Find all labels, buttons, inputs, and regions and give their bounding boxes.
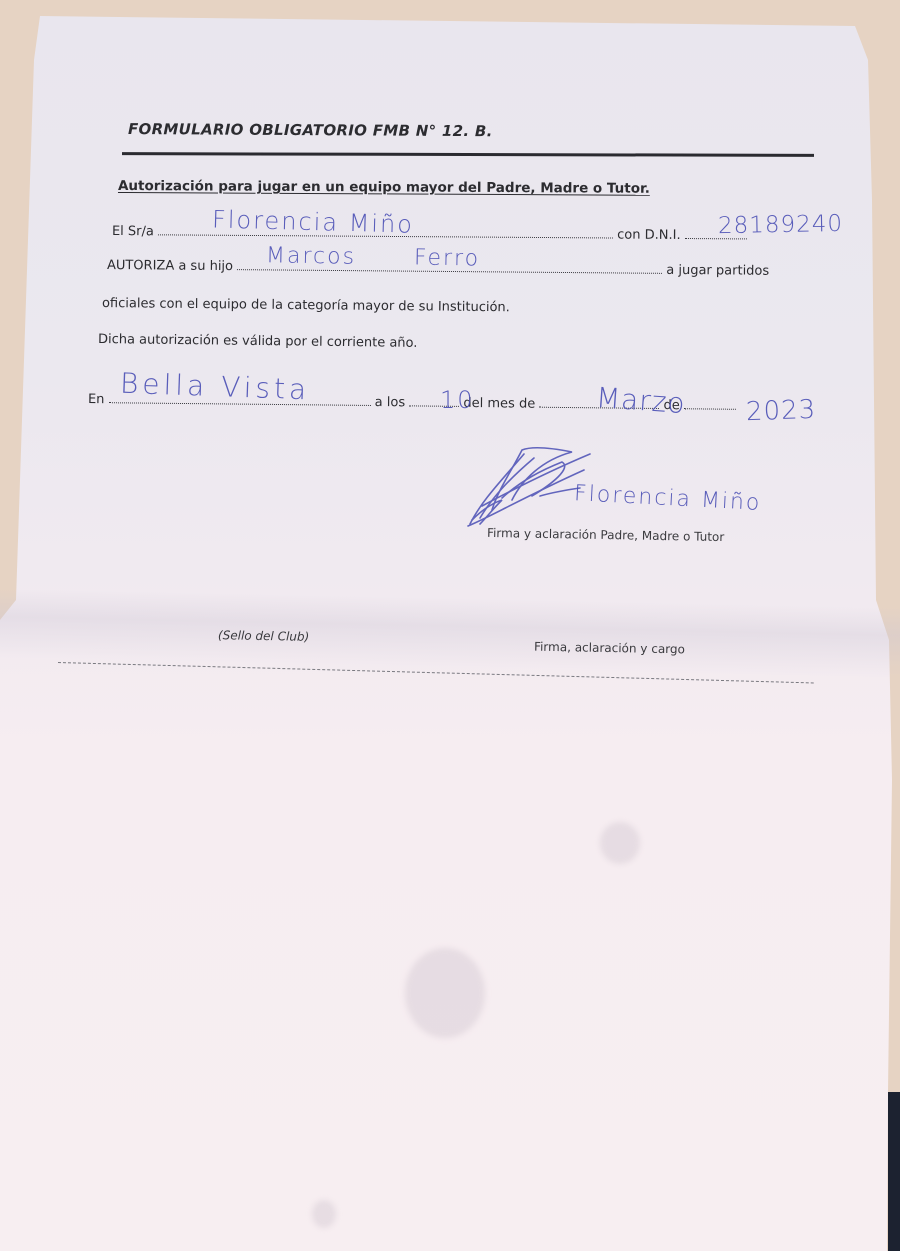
label-en: En bbox=[88, 392, 105, 407]
label-a-los: a los bbox=[375, 395, 406, 410]
paper-stain bbox=[600, 822, 640, 864]
handwritten-child-last-name: Ferro bbox=[414, 245, 480, 271]
label-sr: El Sr/a bbox=[112, 224, 154, 239]
club-stamp-label: (Sello del Club) bbox=[218, 628, 310, 644]
label-autoriza: AUTORIZA a su hijo bbox=[107, 258, 233, 274]
handwritten-day: 10 bbox=[440, 386, 475, 414]
handwritten-place: Bella Vista bbox=[119, 367, 310, 407]
handwritten-parent-name: Florencia Miño bbox=[212, 205, 415, 238]
paper-stain bbox=[312, 1200, 336, 1228]
label-jugar: a jugar partidos bbox=[666, 263, 769, 279]
club-signature-label: Firma, aclaración y cargo bbox=[534, 640, 685, 657]
handwritten-child-first-name: Marcos bbox=[266, 243, 356, 270]
background-dark-surface bbox=[888, 1092, 900, 1251]
year-field[interactable] bbox=[684, 396, 736, 410]
handwritten-year: 2023 bbox=[745, 395, 816, 427]
paper-stain bbox=[405, 948, 485, 1038]
form-subtitle: Autorización para jugar en un equipo may… bbox=[118, 178, 650, 197]
handwritten-dni: 28189240 bbox=[718, 211, 844, 239]
label-dni: con D.N.I. bbox=[617, 228, 681, 243]
handwritten-month: Marzo bbox=[595, 381, 687, 420]
form-title: FORMULARIO OBLIGATORIO FMB N° 12. B. bbox=[128, 120, 493, 140]
